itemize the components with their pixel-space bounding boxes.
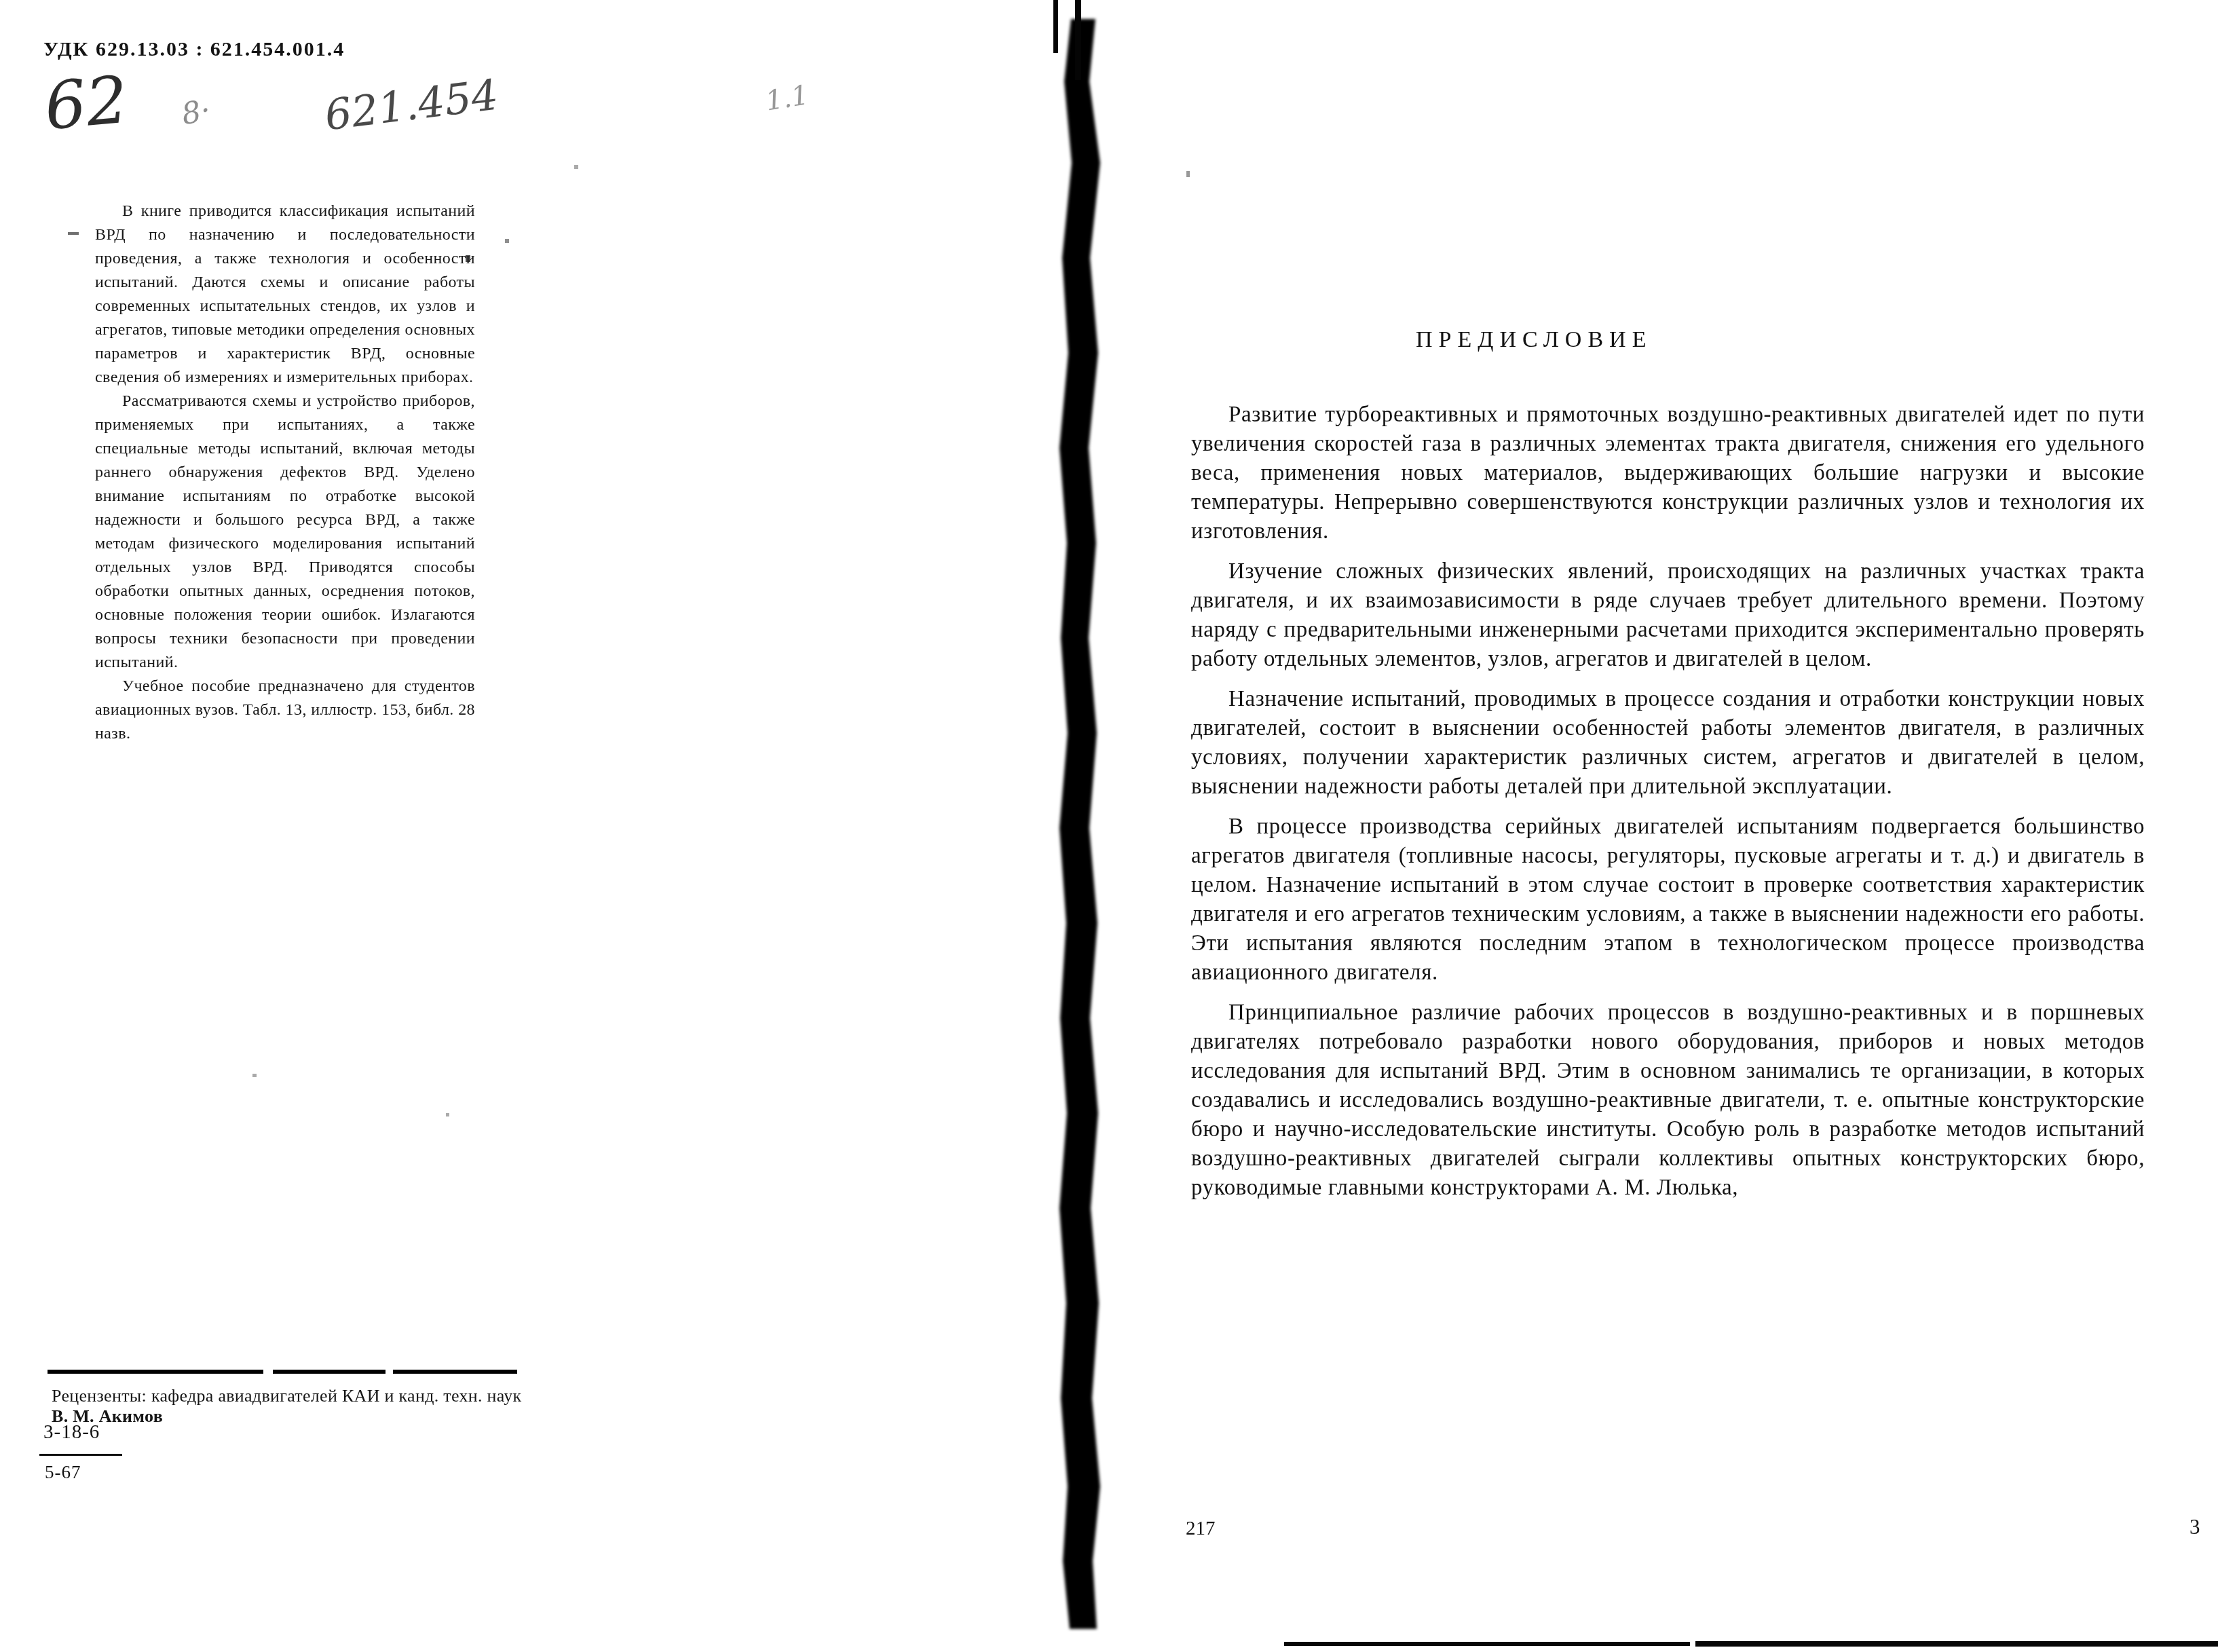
- scan-speck: [252, 1074, 257, 1077]
- scan-edge-line: [1695, 1641, 2218, 1647]
- gutter-top-stroke: [1075, 0, 1081, 80]
- handwritten-pencil-note: 62: [41, 62, 130, 145]
- book-gutter-shadow: [1059, 19, 1100, 1629]
- gutter-top-stroke: [1053, 0, 1058, 53]
- scan-edge-line: [1284, 1642, 1690, 1646]
- page-number: 3: [2189, 1515, 2200, 1539]
- scan-speck: [446, 1113, 449, 1116]
- preface-paragraph: Назначение испытаний, проводимых в проце…: [1191, 685, 2145, 802]
- preface-paragraph: Развитие турбореактивных и прямоточных в…: [1191, 400, 2145, 546]
- reviewers-line: Рецензенты: кафедра авиадвигателей КАИ и…: [52, 1386, 527, 1427]
- scan-speck: [505, 239, 509, 243]
- scan-speck: [1186, 171, 1190, 177]
- annotation-paragraph: Рассматриваются схемы и устройство прибо…: [95, 390, 475, 675]
- preface-text-block: Развитие турбореактивных и прямоточных в…: [1191, 400, 2145, 1214]
- code-underline-rule: [39, 1454, 122, 1456]
- page-number-footnote: 217: [1186, 1518, 1216, 1540]
- scanned-book-spread: { "left_page": { "udc": "УДК 629.13.03 :…: [0, 0, 2218, 1652]
- scan-speck: [68, 232, 79, 235]
- preface-paragraph: Принципиальное различие рабочих процессо…: [1191, 998, 2145, 1203]
- chapter-heading-preface: ПРЕДИСЛОВИЕ: [1416, 327, 1652, 353]
- publisher-code-line-2: 5-67: [45, 1462, 81, 1483]
- horizontal-rule: [48, 1370, 517, 1374]
- handwritten-pencil-note-faint: 8·: [179, 93, 213, 132]
- scan-speck: [574, 165, 578, 169]
- udc-classification-number: УДК 629.13.03 : 621.454.001.4: [43, 38, 345, 61]
- preface-paragraph: В процессе производства серийных двигате…: [1191, 812, 2145, 988]
- annotation-paragraph: Учебное пособие предназначено для студен…: [95, 675, 475, 746]
- publisher-code-line-1: 3-18-6: [43, 1421, 100, 1444]
- reviewers-text: Рецензенты: кафедра авиадвигателей КАИ и…: [52, 1386, 522, 1406]
- handwritten-pencil-note-faint: 1.1: [764, 79, 811, 117]
- handwritten-pencil-note: 621.454: [322, 70, 501, 140]
- book-annotation-block: В книге приводится классификация испытан…: [95, 200, 475, 746]
- preface-paragraph: Изучение сложных физических явлений, про…: [1191, 557, 2145, 674]
- annotation-paragraph: В книге приводится классификация испытан…: [95, 200, 475, 390]
